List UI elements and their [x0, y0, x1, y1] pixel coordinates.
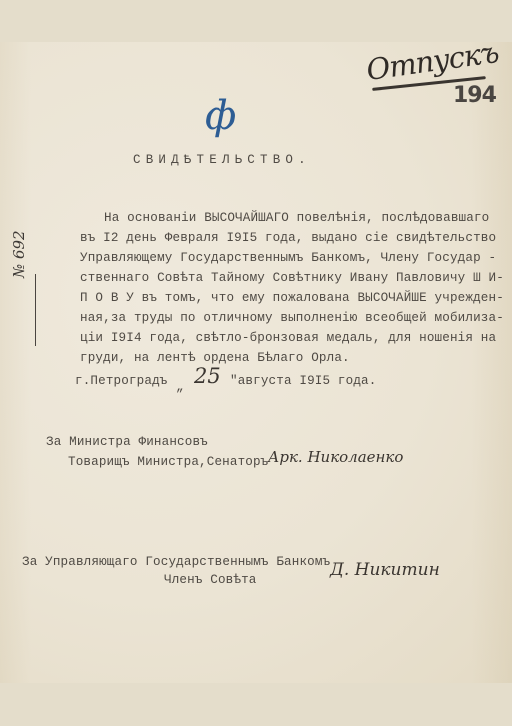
body-line: ціи I9I4 года, свѣтло-бронзовая медаль, … — [80, 331, 496, 345]
date-day-handwritten: 25 — [194, 364, 221, 388]
body-line: На основаніи ВЫСОЧАЙШАГО повелѣнія, посл… — [104, 211, 489, 225]
margin-registry-number: № 692 — [10, 230, 28, 278]
body-line: Управляющему Государственнымъ Банкомъ, Ч… — [80, 251, 496, 265]
body-line: груди, на лентѣ ордена Бѣлаго Орла. — [80, 351, 350, 365]
signature-nikitin: Д. Никитин — [330, 560, 440, 580]
signature-nikolaenko: Арк. Николаенко — [268, 448, 403, 466]
annotation-number: 194 — [453, 83, 496, 108]
date-rest: "августа I9I5 года. — [230, 374, 376, 388]
body-line: ная,за труды по отличному выполненію все… — [80, 311, 504, 325]
place: г.Петроградъ — [75, 374, 168, 388]
body-line: въ I2 день Февраля I9I5 года, выдано сіе… — [80, 231, 496, 245]
margin-rule — [35, 274, 36, 346]
body-line: П О В У въ томъ, что ему пожалована ВЫСО… — [80, 291, 504, 305]
signatory-1-line2: Товарищъ Министра,Сенаторъ — [68, 455, 268, 469]
body-line: ственнаго Совѣта Тайному Совѣтнику Ивану… — [80, 271, 504, 285]
blue-pencil-mark: ф — [205, 96, 236, 136]
date-open-quote: „ — [176, 380, 184, 394]
document-title: СВИДѢТЕЛЬСТВО. — [133, 153, 311, 167]
signatory-2-line2: Членъ Совѣта — [164, 573, 257, 587]
signatory-2-line1: За Управляющаго Государственнымъ Банкомъ — [22, 555, 330, 569]
signatory-1-line1: За Министра Финансовъ — [46, 435, 208, 449]
